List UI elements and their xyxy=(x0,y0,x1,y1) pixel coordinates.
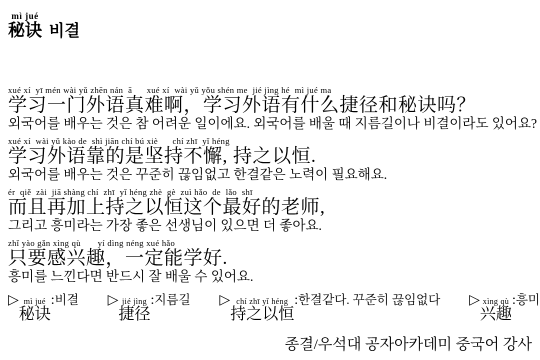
sentence-list: xué xí yī mén wài yǔ zhēn nán ā xué xí w… xyxy=(8,86,534,285)
vocab-hanzi: 捷径 xyxy=(118,306,150,323)
korean-translation: 그리고 흥미라는 가장 좋은 선생님이 있으면 더 좋아요. xyxy=(8,218,534,234)
title-hanzi: 秘诀 xyxy=(8,21,42,40)
vocab-meaning: 한결같다. 꾸준히 끊임없다 xyxy=(298,290,440,308)
vocab-word: mì jué 秘诀 xyxy=(19,298,51,323)
sentence-line-1: xué xí yī mén wài yǔ zhēn nán ā xué xí w… xyxy=(8,86,534,132)
vocab-meaning: 비결 xyxy=(55,290,79,308)
triangle-marker-icon: ▷ xyxy=(469,292,480,309)
vocab-hanzi: 持之以恒 xyxy=(230,306,294,323)
title-word: mì jué 秘诀 xyxy=(8,12,42,40)
vocab-pinyin: jié jìng xyxy=(118,298,150,306)
sentence-line-4: zhǐ yào gǎn xìng qù yí dìng néng xué hǎo… xyxy=(8,239,534,285)
korean-translation: 외국어를 배우는 것은 참 어려운 일이에요. 외국어를 배울 때 지름길이나 … xyxy=(8,116,534,132)
credit-line: 종결/우석대 공자아카데미 중국어 강사 xyxy=(285,333,532,354)
korean-translation: 외국어를 배우는 것은 꾸준히 끊임없고 한결같은 노력이 필요해요. xyxy=(8,167,534,183)
vocab-word: xìng qù 兴趣 xyxy=(480,298,512,323)
pinyin-line: ér qiě zài jiā shàng chí zhī yǐ héng zhè… xyxy=(8,188,534,197)
triangle-marker-icon: ▷ xyxy=(108,292,119,309)
vocab-hanzi: 兴趣 xyxy=(480,306,512,323)
vocab-meaning: 지름길 xyxy=(154,290,190,308)
vocab-pinyin: mì jué xyxy=(19,298,51,306)
korean-translation: 흥미를 느낀다면 반드시 잘 배울 수 있어요. xyxy=(8,269,534,285)
pinyin-line: xué xí yī mén wài yǔ zhēn nán ā xué xí w… xyxy=(8,86,534,95)
hanzi-line: 只要感兴趣，一定能学好. xyxy=(8,248,534,269)
vocab-item-jiejing: ▷ jié jìng 捷径 : 지름길 xyxy=(108,290,191,323)
title-pinyin: mì jué xyxy=(8,12,42,21)
vocab-meaning: 흥미 xyxy=(516,290,540,308)
vocab-item-xingqu: ▷ xìng qù 兴趣 : 흥미 xyxy=(469,290,540,323)
pinyin-line: xué xí wài yǔ kào de shì jiān chí bú xiè… xyxy=(8,137,534,146)
vocab-pinyin: xìng qù xyxy=(480,298,512,306)
pinyin-line: zhǐ yào gǎn xìng qù yí dìng néng xué hǎo xyxy=(8,239,534,248)
page-title: mì jué 秘诀 비결 xyxy=(8,12,534,41)
vocab-item-chizhiyiheng: ▷ chí zhī yǐ héng 持之以恒 : 한결같다. 꾸준히 끊임없다 xyxy=(219,290,440,323)
title-korean: 비결 xyxy=(49,23,80,40)
sentence-line-3: ér qiě zài jiā shàng chí zhī yǐ héng zhè… xyxy=(8,188,534,234)
vocab-word: chí zhī yǐ héng 持之以恒 xyxy=(230,298,294,323)
hanzi-line: 学习外语靠的是坚持不懈, 持之以恒. xyxy=(8,146,534,167)
triangle-marker-icon: ▷ xyxy=(8,292,19,309)
vocab-word: jié jìng 捷径 xyxy=(118,298,150,323)
vocab-pinyin: chí zhī yǐ héng xyxy=(230,298,294,306)
lesson-page: mì jué 秘诀 비결 xué xí yī mén wài yǔ zhēn n… xyxy=(0,0,540,360)
hanzi-line: 学习一门外语真难啊，学习外语有什么捷径和秘诀吗？ xyxy=(8,95,534,116)
sentence-line-2: xué xí wài yǔ kào de shì jiān chí bú xiè… xyxy=(8,137,534,183)
vocabulary-row: ▷ mì jué 秘诀 : 비결 ▷ jié jìng 捷径 : 지름길 ▷ c… xyxy=(8,290,540,323)
triangle-marker-icon: ▷ xyxy=(219,292,230,309)
hanzi-line: 而且再加上持之以恒这个最好的老师, xyxy=(8,197,534,218)
vocab-hanzi: 秘诀 xyxy=(19,306,51,323)
vocab-item-mijue: ▷ mì jué 秘诀 : 비결 xyxy=(8,290,79,323)
